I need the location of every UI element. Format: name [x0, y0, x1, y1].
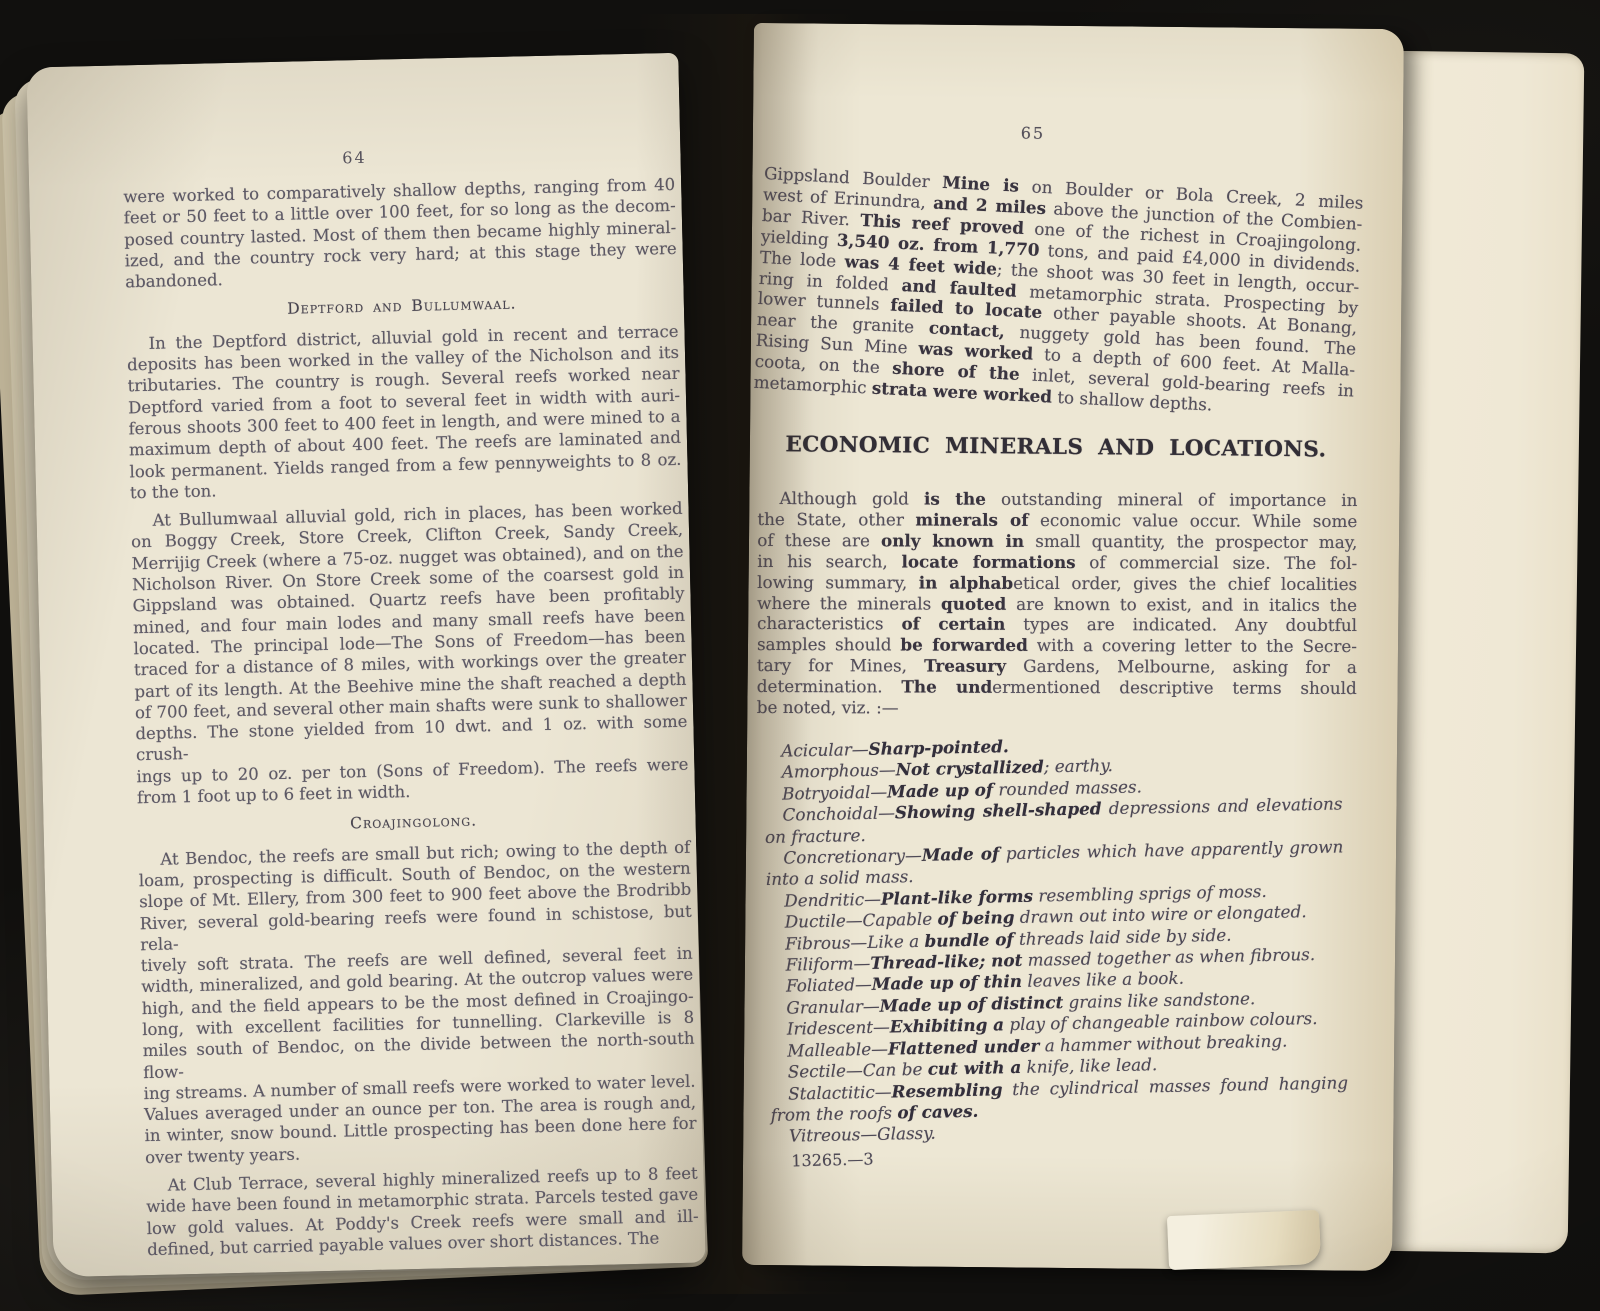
- text-line: where the minerals quoted are known to e…: [757, 592, 1357, 615]
- text-run: resembling sprigs of moss.: [1033, 881, 1267, 906]
- text-run: characteristics: [757, 613, 901, 634]
- text-run: Thread-like; not: [870, 950, 1022, 973]
- text-run: cut with a: [928, 1057, 1022, 1079]
- text-run: of caves.: [897, 1101, 978, 1123]
- text-run: locate formations: [901, 551, 1075, 572]
- text-run: Sharp-pointed.: [868, 736, 1009, 759]
- text-run: Mine is: [942, 172, 1020, 196]
- text-run: Granular—: [786, 996, 880, 1018]
- left-page: 64 were worked to comparatively shallow …: [26, 53, 705, 1277]
- text-run: Botryoidal—: [782, 781, 887, 803]
- text-run: of certain: [901, 614, 1005, 634]
- text-run: samples should: [757, 634, 901, 655]
- chapter-heading: ECONOMIC MINERALS AND LOCATIONS.: [756, 435, 1356, 462]
- text-run: Gardens, Melbourne, asking for a: [1006, 656, 1357, 677]
- section-heading: Croajingolong.: [137, 806, 689, 840]
- text-run: of commercial size. The fol-: [1076, 552, 1358, 573]
- text-run: minerals of: [915, 509, 1028, 529]
- text-run: Acicular—: [781, 739, 869, 761]
- text-line: of these are only known in small quantit…: [757, 530, 1357, 553]
- text-run: threads laid side by side.: [1013, 924, 1231, 948]
- text-run: only known in: [881, 530, 1024, 550]
- page-corner-curl: [1167, 1210, 1321, 1270]
- text-run: Concretionary—: [783, 845, 922, 868]
- right-page-block: Gippsland Boulder Mine is on Boulder or …: [753, 163, 1364, 423]
- text-run: grains like sandstone.: [1063, 988, 1255, 1012]
- text-run: types are indicated. Any doubtful: [1005, 614, 1357, 635]
- section-heading: Deptford and Bullumwaal.: [126, 290, 678, 324]
- printer-footnote: 13265.—3: [791, 1144, 1091, 1172]
- text-run: lowing summary,: [757, 572, 919, 593]
- paragraph: At Bullumwaal alluvial gold, rich in pla…: [130, 498, 689, 809]
- text-run: Made of: [922, 843, 1000, 865]
- text-run: in alphab: [919, 572, 1013, 592]
- text-run: The und: [901, 677, 992, 697]
- text-run: small quantity, the prospector may,: [1024, 531, 1357, 552]
- text-run: Made up of distinct: [879, 992, 1063, 1016]
- text-run: Treasury: [924, 656, 1006, 676]
- text-run: Filiform—: [785, 953, 870, 975]
- text-run: in his search,: [757, 551, 901, 572]
- right-page: 65 Gippsland Boulder Mine is on Boulder …: [742, 23, 1404, 1271]
- text-run: Resembling: [891, 1079, 1002, 1101]
- text-run: Flattened under: [888, 1035, 1040, 1058]
- paragraph: were worked to comparatively shallow dep…: [123, 174, 677, 293]
- text-run: rounded masses.: [993, 776, 1142, 799]
- open-book-photo: 64 were worked to comparatively shallow …: [0, 0, 1600, 1311]
- text-line: the State, other minerals of economic va…: [757, 509, 1357, 532]
- right-page-text: 65 Gippsland Boulder Mine is on Boulder …: [742, 23, 1404, 1271]
- page-number: 65: [753, 121, 1313, 147]
- text-run: Dendritic—: [784, 889, 881, 911]
- text-run: Not crystallized: [896, 757, 1044, 780]
- text-run: depressions and elevations: [1101, 794, 1342, 819]
- paragraph: At Club Terrace, several highly minerali…: [146, 1163, 700, 1261]
- text-run: ; earthy.: [1044, 755, 1113, 776]
- text-line: Although gold is the outstanding mineral…: [757, 488, 1357, 511]
- text-run: Malleable—: [787, 1038, 888, 1060]
- text-line: be noted, viz. :—: [757, 697, 1357, 720]
- text-run: yielding: [761, 226, 838, 250]
- text-run: Vitreous—Glassy.: [789, 1123, 936, 1146]
- text-run: where the minerals: [757, 592, 941, 613]
- paragraph: At Bendoc, the reefs are small but rich;…: [138, 836, 697, 1168]
- text-run: contact,: [928, 318, 1005, 342]
- text-line: lowing summary, in alphabetical order, g…: [757, 572, 1357, 595]
- text-run: Amorphous—: [782, 760, 896, 782]
- text-run: from the roofs: [770, 1102, 897, 1125]
- text-run: Stalactitic—: [788, 1081, 892, 1103]
- text-run: Exhibiting a: [890, 1015, 1005, 1037]
- text-run: a hammer without breaking.: [1039, 1030, 1287, 1055]
- right-page-block: Acicular—Sharp-pointed.Amorphous—Not cry…: [763, 729, 1349, 1147]
- text-run: of these are: [757, 530, 881, 550]
- text-run: Conchoidal—: [782, 803, 895, 825]
- text-run: Fibrous—Like a: [785, 930, 925, 953]
- text-run: with a covering letter to the Secre-: [1028, 635, 1357, 656]
- text-run: Sectile—Can be: [788, 1059, 928, 1082]
- text-run: bundle of: [924, 929, 1014, 951]
- text-run: outstanding mineral of importance in: [986, 489, 1358, 510]
- text-run: leaves like a book.: [1022, 968, 1184, 991]
- text-run: knife, like lead.: [1021, 1054, 1157, 1077]
- text-line: samples should be forwarded with a cover…: [757, 634, 1357, 657]
- text-line: tary for Mines, Treasury Gardens, Melbou…: [757, 655, 1357, 678]
- text-run: be forwarded: [900, 635, 1027, 655]
- text-run: of being: [937, 907, 1014, 929]
- text-run: Made up of: [887, 779, 993, 801]
- text-run: Made up of thin: [872, 971, 1023, 994]
- page-number: 64: [28, 141, 680, 175]
- text-run: quoted: [941, 593, 1006, 613]
- text-run: the State, other: [757, 509, 915, 530]
- text-run: Although gold: [779, 488, 924, 509]
- text-run: economic value occur. While some: [1028, 510, 1357, 531]
- text-run: Ductile—Capable: [785, 909, 938, 932]
- text-run: Iridescent—: [787, 1017, 890, 1039]
- text-line: characteristics of certain types are ind…: [757, 613, 1357, 636]
- text-run: on fracture.: [765, 825, 866, 847]
- text-run: Foliated—: [786, 974, 872, 996]
- text-run: into a solid mass.: [766, 866, 914, 889]
- left-page-text: were worked to comparatively shallow dep…: [29, 174, 705, 1263]
- text-run: determination.: [757, 676, 902, 697]
- text-run: are known to exist, and in italics the: [1006, 593, 1357, 614]
- text-run: Plant-like forms: [881, 885, 1034, 908]
- text-run: etical order, gives the chief localities: [1013, 572, 1357, 593]
- text-run: tary for Mines,: [757, 655, 924, 676]
- text-run: be noted, viz. :—: [757, 697, 899, 717]
- text-run: Showing shell-shaped: [895, 798, 1102, 822]
- paragraph: In the Deptford district, alluvial gold …: [126, 321, 682, 504]
- text-line: in his search, locate formations of comm…: [757, 551, 1357, 574]
- text-run: ermentioned descriptive terms should: [992, 677, 1357, 698]
- right-page-block: Although gold is the outstanding mineral…: [757, 488, 1358, 720]
- text-line: determination. The undermentioned descri…: [757, 676, 1357, 699]
- text-run: is the: [924, 489, 986, 509]
